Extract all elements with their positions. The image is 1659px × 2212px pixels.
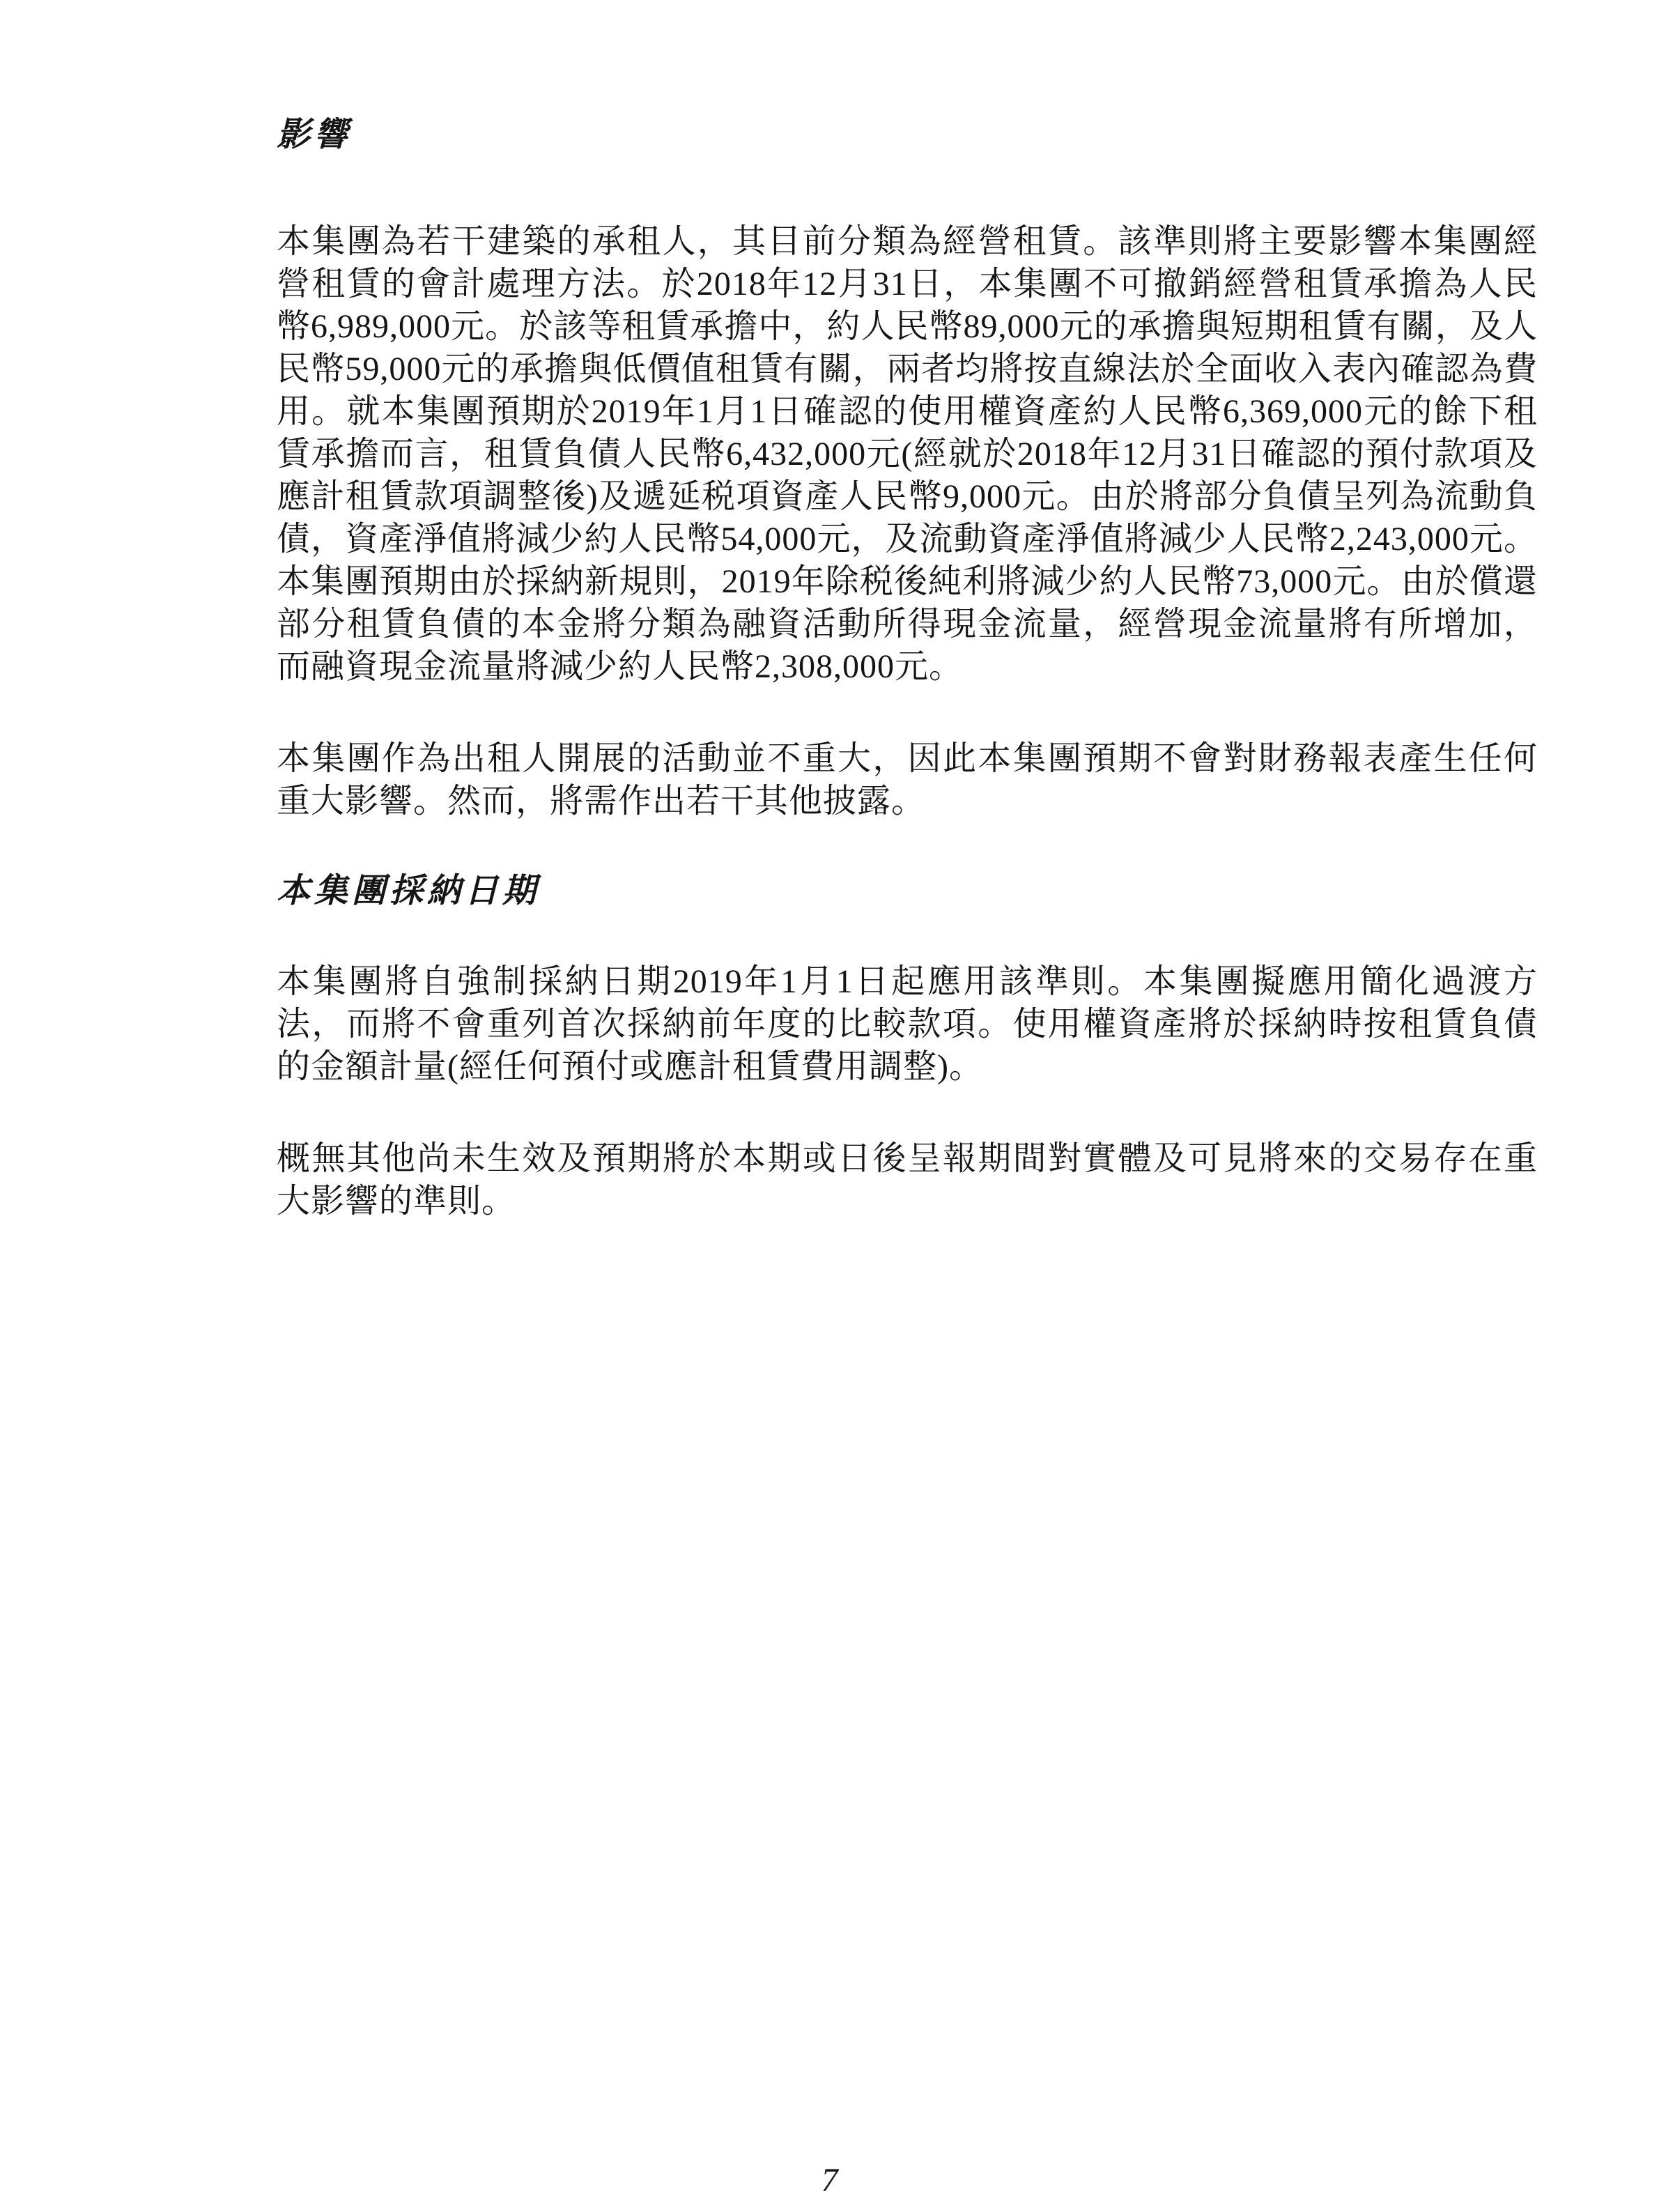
paragraph-no-other-standards: 概無其他尚未生效及預期將於本期或日後呈報期間對實體及可見將來的交易存在重大影響的… — [277, 1137, 1538, 1222]
paragraph-impact-details: 本集團為若干建築的承租人，其目前分類為經營租賃。該準則將主要影響本集團經營租賃的… — [277, 220, 1538, 688]
document-page: 影響 本集團為若干建築的承租人，其目前分類為經營租賃。該準則將主要影響本集團經營… — [0, 0, 1659, 2212]
page-number: 7 — [0, 2163, 1659, 2199]
paragraph-lessor-activities: 本集團作為出租人開展的活動並不重大，因此本集團預期不會對財務報表產生任何重大影響… — [277, 737, 1538, 822]
section-heading-adoption-date: 本集團採納日期 — [277, 872, 1538, 911]
paragraph-adoption-application: 本集團將自強制採納日期2019年1月1日起應用該準則。本集團擬應用簡化過渡方法，… — [277, 960, 1538, 1088]
section-heading-impact: 影響 — [277, 116, 1538, 155]
